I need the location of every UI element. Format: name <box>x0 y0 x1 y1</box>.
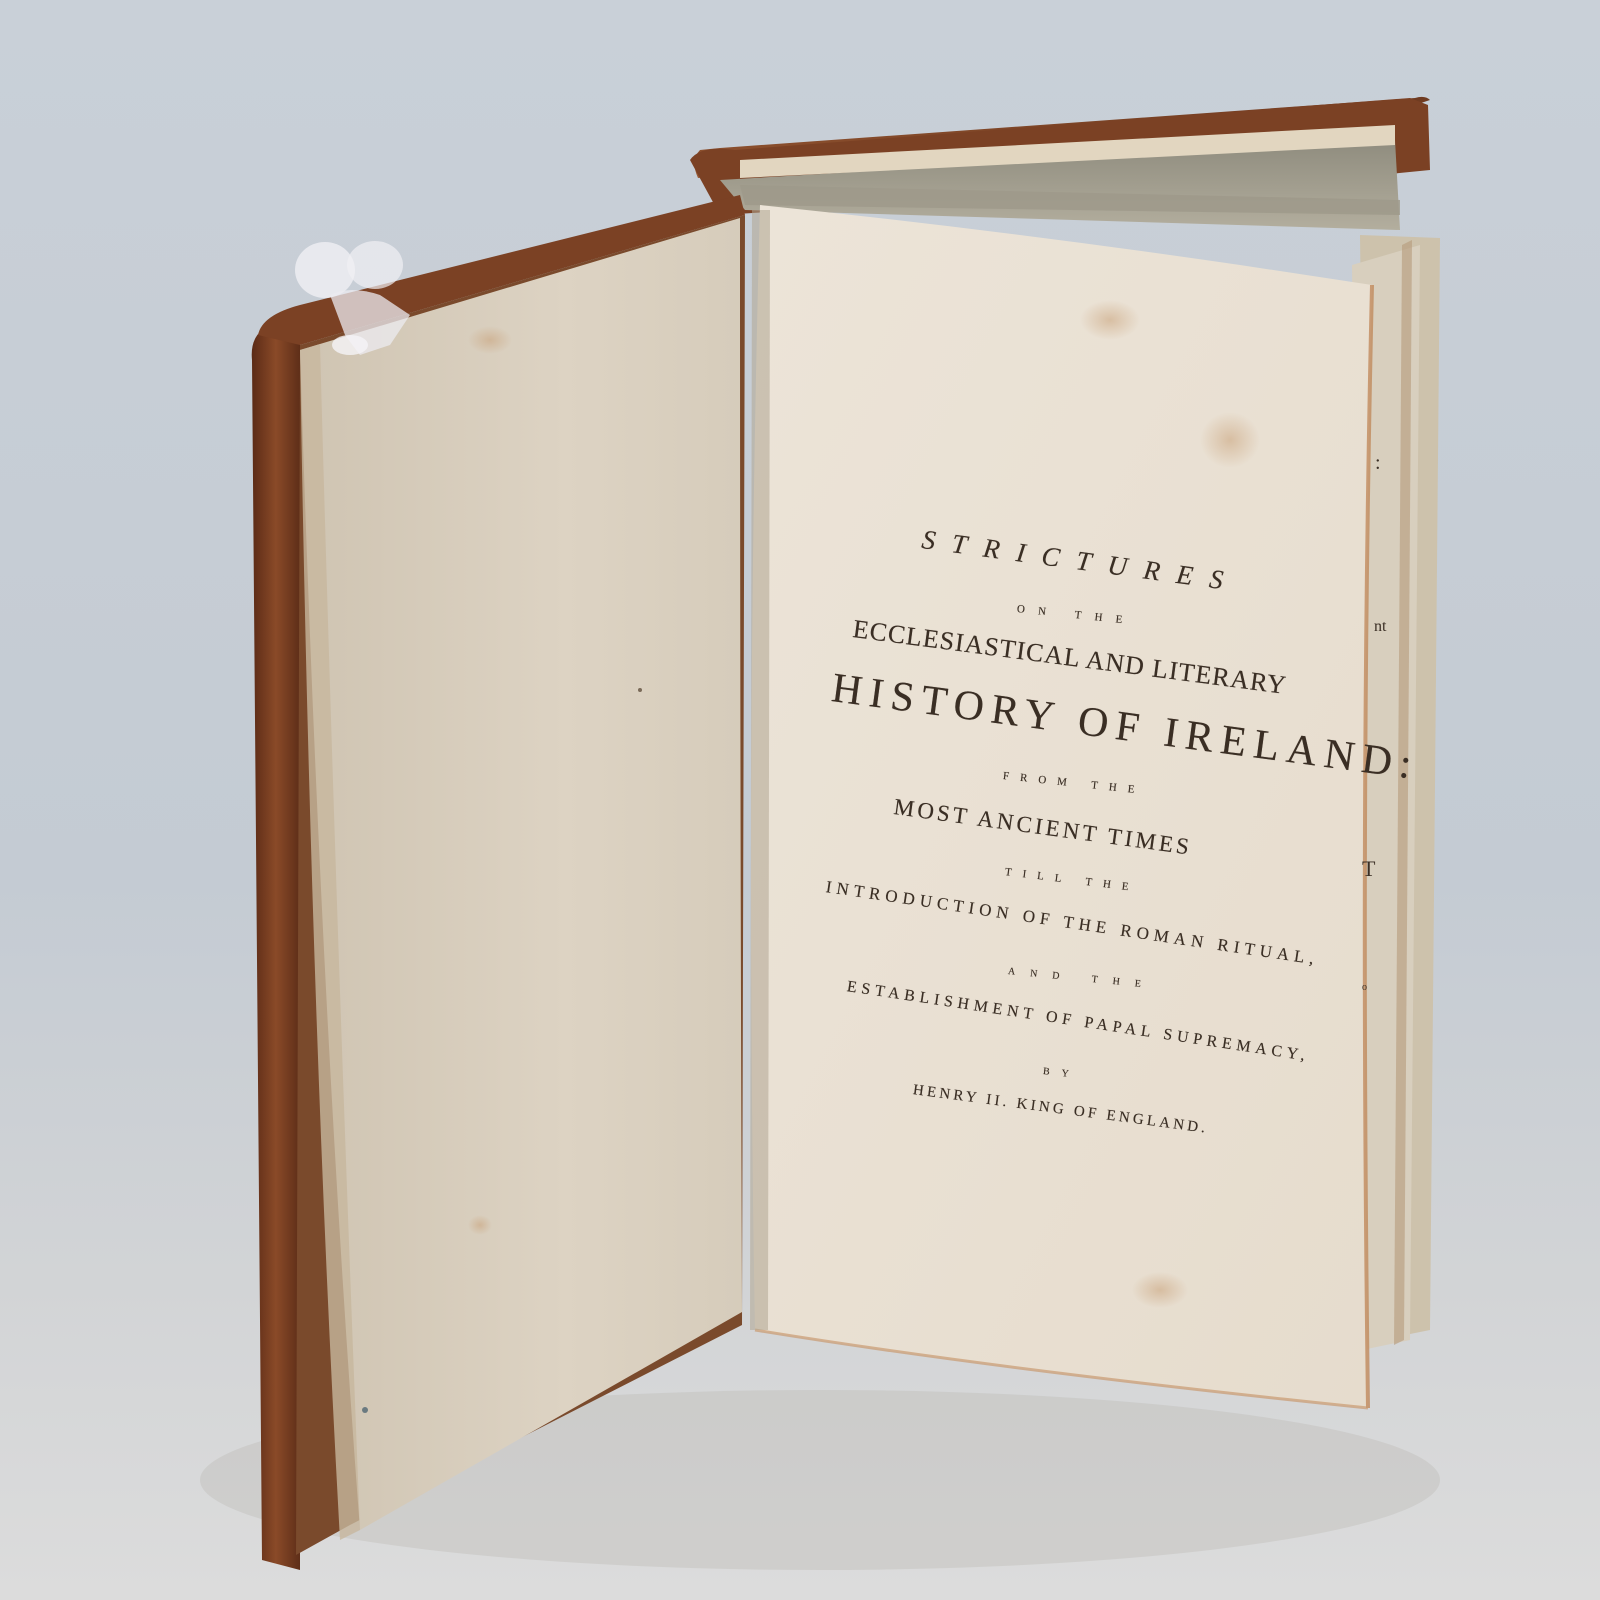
open-book <box>0 0 1600 1600</box>
photo-scene: STRICTURES ON THE ECCLESIASTICAL AND LIT… <box>0 0 1600 1600</box>
plastic-clip <box>290 225 430 375</box>
